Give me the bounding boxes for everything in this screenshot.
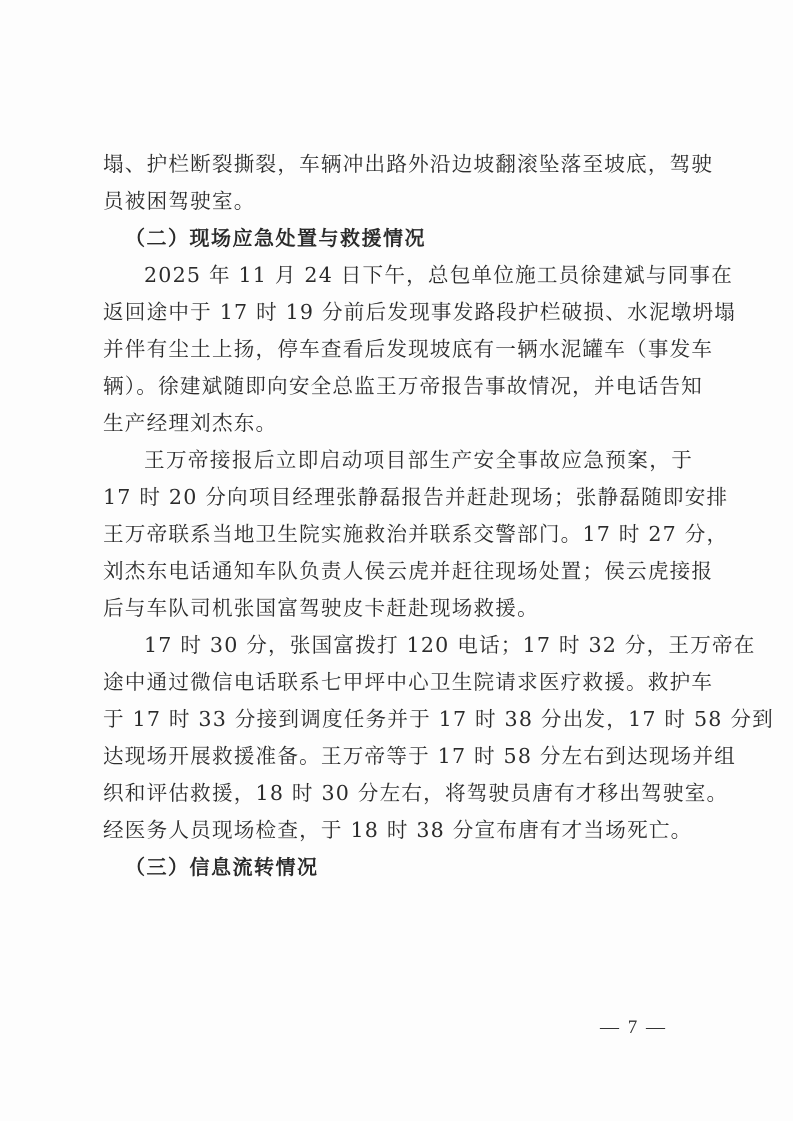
section-heading-2: （二）现场应急处置与救援情况 (103, 220, 693, 257)
paragraph-line: 17 时 30 分，张国富拨打 120 电话；17 时 32 分，王万帝在 (103, 627, 693, 664)
paragraph-line: 后与车队司机张国富驾驶皮卡赶赴现场救援。 (103, 590, 693, 627)
paragraph-line: 生产经理刘杰东。 (103, 405, 693, 442)
paragraph-line: 织和评估救援，18 时 30 分左右，将驾驶员唐有才移出驾驶室。 (103, 775, 693, 812)
paragraph-line: 辆）。徐建斌随即向安全总监王万帝报告事故情况，并电话告知 (103, 368, 693, 405)
paragraph-line: 王万帝联系当地卫生院实施救治并联系交警部门。17 时 27 分， (103, 516, 693, 553)
paragraph-line: 塌、护栏断裂撕裂，车辆冲出路外沿边坡翻滚坠落至坡底，驾驶 (103, 146, 693, 183)
paragraph-line: 刘杰东电话通知车队负责人侯云虎并赶往现场处置；侯云虎接报 (103, 553, 693, 590)
paragraph-line: 17 时 20 分向项目经理张静磊报告并赶赴现场；张静磊随即安排 (103, 479, 693, 516)
paragraph-line: 王万帝接报后立即启动项目部生产安全事故应急预案，于 (103, 442, 693, 479)
paragraph-line: 经医务人员现场检查，于 18 时 38 分宣布唐有才当场死亡。 (103, 812, 693, 849)
section-heading-3: （三）信息流转情况 (103, 849, 693, 886)
paragraph-line: 于 17 时 33 分接到调度任务并于 17 时 38 分出发，17 时 58 … (103, 701, 693, 738)
paragraph-line: 达现场开展救援准备。王万帝等于 17 时 58 分左右到达现场并组 (103, 738, 693, 775)
paragraph-line: 并伴有尘土上扬，停车查看后发现坡底有一辆水泥罐车（事发车 (103, 331, 693, 368)
paragraph-line: 员被困驾驶室。 (103, 183, 693, 220)
paragraph-line: 2025 年 11 月 24 日下午，总包单位施工员徐建斌与同事在 (103, 257, 693, 294)
page-number: — 7 — (600, 1017, 667, 1039)
paragraph-line: 返回途中于 17 时 19 分前后发现事发路段护栏破损、水泥墩坍塌 (103, 294, 693, 331)
document-page: 塌、护栏断裂撕裂，车辆冲出路外沿边坡翻滚坠落至坡底，驾驶 员被困驾驶室。 （二）… (0, 0, 793, 1121)
document-body: 塌、护栏断裂撕裂，车辆冲出路外沿边坡翻滚坠落至坡底，驾驶 员被困驾驶室。 （二）… (103, 146, 693, 886)
paragraph-line: 途中通过微信电话联系七甲坪中心卫生院请求医疗救援。救护车 (103, 664, 693, 701)
